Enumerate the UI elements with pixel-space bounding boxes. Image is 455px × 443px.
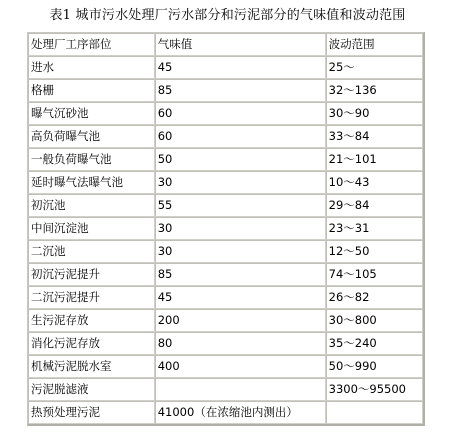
stage-cell: 机械污泥脱水室	[28, 355, 155, 378]
range-cell: 21～101	[326, 148, 423, 171]
table-row: 初沉池5529～84	[28, 194, 423, 217]
stage-cell: 曝气沉砂池	[28, 102, 155, 125]
stage-cell: 二沉污泥提升	[28, 286, 155, 309]
range-cell: 35～240	[326, 332, 423, 355]
odor-value-cell	[155, 378, 326, 401]
odor-value-cell: 45	[155, 286, 326, 309]
stage-cell: 一般负荷曝气池	[28, 148, 155, 171]
table-row: 进水4525～	[28, 56, 423, 79]
odor-value-cell: 85	[155, 263, 326, 286]
range-cell: 50～990	[326, 355, 423, 378]
header-stage: 处理厂工序部位	[28, 33, 155, 56]
table-row: 一般负荷曝气池5021～101	[28, 148, 423, 171]
range-cell: 25～	[326, 56, 423, 79]
table-row: 格栅8532～136	[28, 79, 423, 102]
stage-cell: 延时曝气法曝气池	[28, 171, 155, 194]
odor-value-cell: 60	[155, 102, 326, 125]
stage-cell: 高负荷曝气池	[28, 125, 155, 148]
table-row: 机械污泥脱水室40050～990	[28, 355, 423, 378]
odor-value-cell: 80	[155, 332, 326, 355]
table-row: 热预处理污泥41000（在浓缩池内测出）	[28, 401, 423, 424]
table-header-row: 处理厂工序部位 气味值 波动范围	[28, 33, 423, 56]
odor-value-cell: 30	[155, 171, 326, 194]
stage-cell: 污泥脱滤液	[28, 378, 155, 401]
range-cell: 32～136	[326, 79, 423, 102]
stage-cell: 进水	[28, 56, 155, 79]
odor-value-cell: 30	[155, 240, 326, 263]
odor-value-cell: 200	[155, 309, 326, 332]
table-row: 生污泥存放20030～800	[28, 309, 423, 332]
stage-cell: 初沉污泥提升	[28, 263, 155, 286]
table-row: 曝气沉砂池6030～90	[28, 102, 423, 125]
range-cell: 74～105	[326, 263, 423, 286]
table-row: 延时曝气法曝气池3010～43	[28, 171, 423, 194]
odor-value-cell: 50	[155, 148, 326, 171]
stage-cell: 热预处理污泥	[28, 401, 155, 424]
range-cell: 30～800	[326, 309, 423, 332]
odor-value-cell: 45	[155, 56, 326, 79]
table-caption: 表1 城市污水处理厂污水部分和污泥部分的气味值和波动范围	[0, 8, 455, 24]
header-odor-value: 气味值	[155, 33, 326, 56]
range-cell: 3300～95500	[326, 378, 423, 401]
table-row: 初沉污泥提升8574～105	[28, 263, 423, 286]
range-cell: 30～90	[326, 102, 423, 125]
range-cell: 12～50	[326, 240, 423, 263]
odor-value-cell: 400	[155, 355, 326, 378]
table-row: 中间沉淀池3023～31	[28, 217, 423, 240]
odor-values-table: 处理厂工序部位 气味值 波动范围 进水4525～格栅8532～136曝气沉砂池6…	[27, 32, 425, 426]
stage-cell: 初沉池	[28, 194, 155, 217]
range-cell: 29～84	[326, 194, 423, 217]
odor-value-cell: 41000（在浓缩池内测出）	[155, 401, 326, 424]
odor-value-cell: 30	[155, 217, 326, 240]
table-row: 高负荷曝气池6033～84	[28, 125, 423, 148]
stage-cell: 格栅	[28, 79, 155, 102]
range-cell: 33～84	[326, 125, 423, 148]
odor-value-cell: 60	[155, 125, 326, 148]
range-cell: 23～31	[326, 217, 423, 240]
table-row: 二沉池3012～50	[28, 240, 423, 263]
odor-value-cell: 85	[155, 79, 326, 102]
stage-cell: 生污泥存放	[28, 309, 155, 332]
stage-cell: 消化污泥存放	[28, 332, 155, 355]
table-row: 消化污泥存放8035～240	[28, 332, 423, 355]
stage-cell: 中间沉淀池	[28, 217, 155, 240]
odor-value-cell: 55	[155, 194, 326, 217]
range-cell: 26～82	[326, 286, 423, 309]
stage-cell: 二沉池	[28, 240, 155, 263]
table-row: 二沉污泥提升4526～82	[28, 286, 423, 309]
table-row: 污泥脱滤液3300～95500	[28, 378, 423, 401]
range-cell	[326, 401, 423, 424]
range-cell: 10～43	[326, 171, 423, 194]
header-range: 波动范围	[326, 33, 423, 56]
